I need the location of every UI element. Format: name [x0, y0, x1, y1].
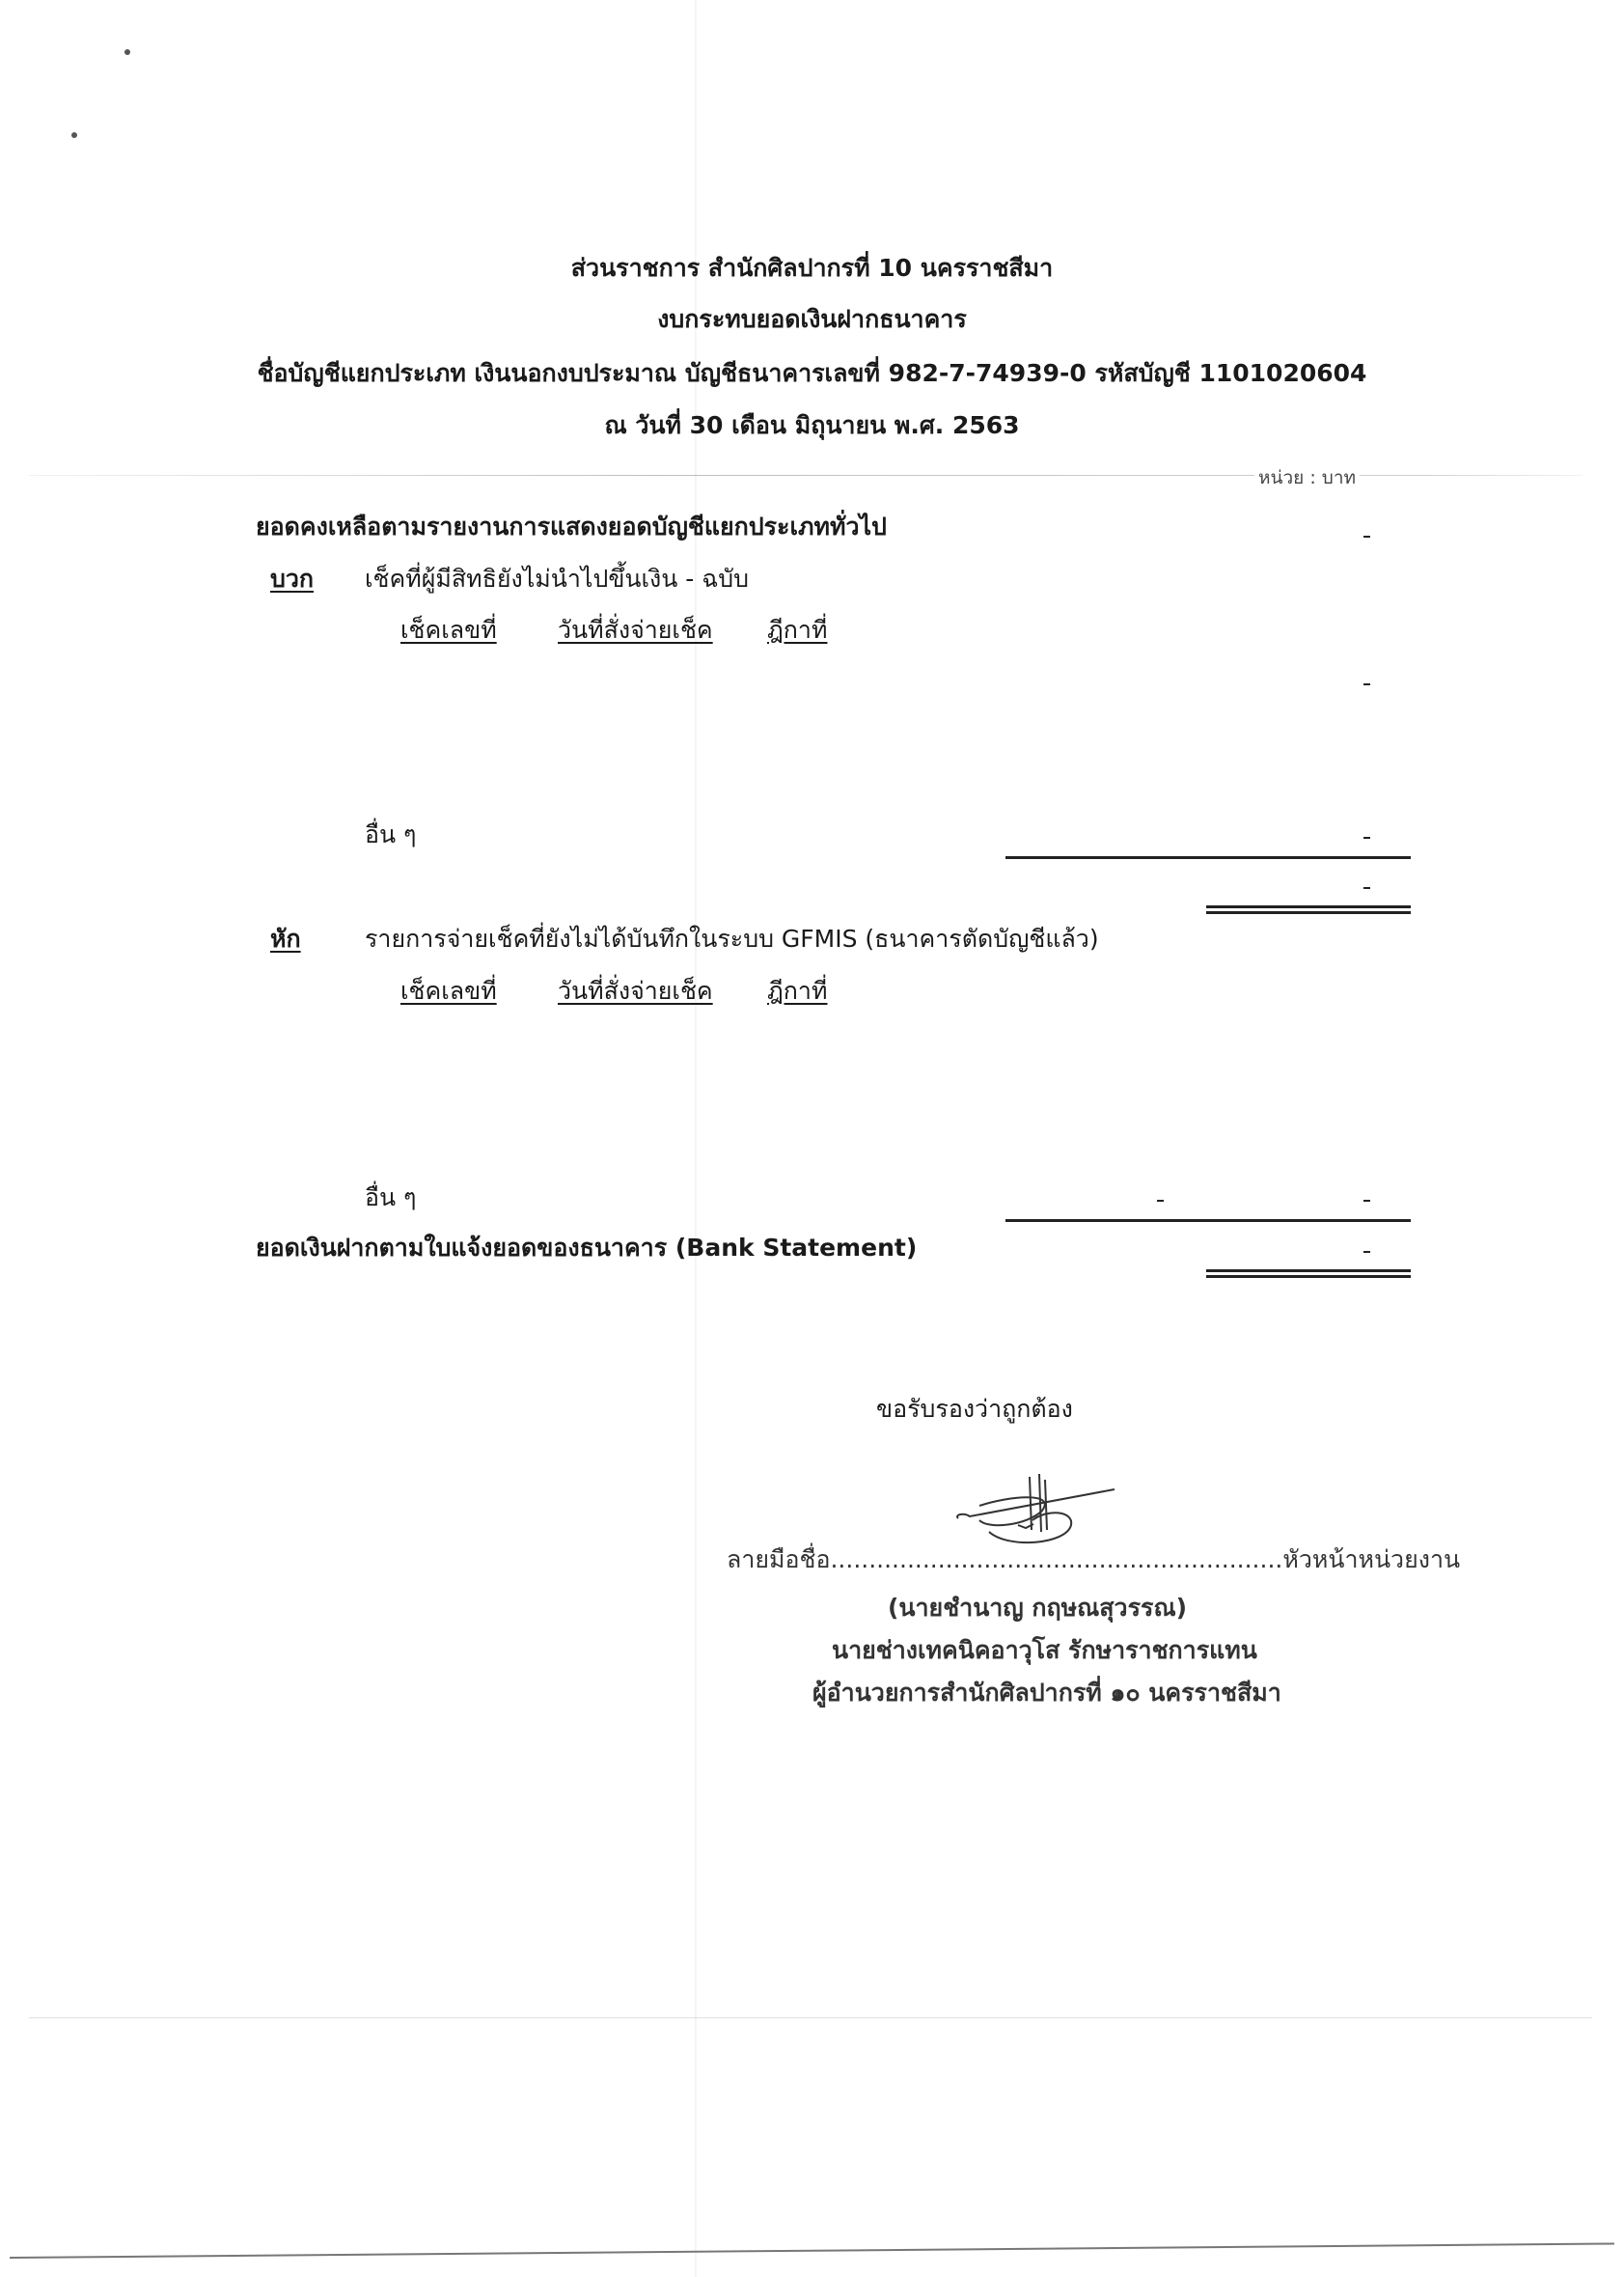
- add-double-rule: [1206, 905, 1411, 914]
- header-date: ณ วันที่ 30 เดือน มิถุนายน พ.ศ. 2563: [0, 413, 1624, 437]
- scan-speck: [71, 132, 77, 138]
- scan-artifact-line: [29, 2017, 1592, 2018]
- signature-label: ลายมือชื่อ: [727, 1545, 830, 1573]
- deduct-col-voucher-no: ฎีกาที่: [767, 979, 827, 1003]
- add-label: บวก: [270, 567, 314, 591]
- bank-statement-double-rule: [1206, 1269, 1411, 1278]
- add-col-check-no: เช็คเลขที่: [400, 618, 497, 642]
- bank-statement-amount: [1363, 1251, 1370, 1253]
- bank-statement-label: ยอดเงินฝากตามใบแจ้งยอดของธนาคาร (Bank St…: [256, 1236, 917, 1260]
- deduct-col-check-no: เช็คเลขที่: [400, 979, 497, 1003]
- add-other-label: อื่น ๆ: [365, 822, 416, 847]
- add-single-rule: [1005, 856, 1411, 859]
- add-total-amount: [1363, 887, 1370, 889]
- header-account: ชื่อบัญชีแยกประเภท เงินนอกงบประมาณ บัญชี…: [0, 361, 1624, 385]
- certification-statement: ขอรับรองว่าถูกต้อง: [876, 1397, 1073, 1421]
- signer-name: (นายชำนาญ กฤษณสุวรรณ): [888, 1596, 1187, 1620]
- deduct-other-inner-amount: [1157, 1200, 1164, 1202]
- signer-title: นายช่างเทคนิคอาวุโส รักษาราชการแทน: [832, 1638, 1257, 1662]
- scan-speck: [124, 49, 130, 55]
- page-fold-crease: [695, 0, 697, 2277]
- add-col-check-date: วันที่สั่งจ่ายเช็ค: [558, 618, 713, 642]
- header-agency: ส่วนราชการ สำนักศิลปากรที่ 10 นครราชสีมา: [0, 256, 1624, 280]
- signature-dots: ........................................…: [830, 1545, 1282, 1573]
- deduct-other-amount: [1363, 1200, 1370, 1202]
- signature-position: หัวหน้าหน่วยงาน: [1282, 1545, 1460, 1573]
- deduct-single-rule: [1005, 1219, 1411, 1222]
- deduct-col-check-date: วันที่สั่งจ่ายเช็ค: [558, 979, 713, 1003]
- deduct-other-label: อื่น ๆ: [365, 1185, 416, 1209]
- deduct-description: รายการจ่ายเช็คที่ยังไม่ได้บันทึกในระบบ G…: [365, 927, 1099, 951]
- signer-acting-title: ผู้อำนวยการสำนักศิลปากรที่ ๑๐ นครราชสีมา: [812, 1680, 1281, 1705]
- page-edge: [10, 2242, 1614, 2259]
- unit-label: หน่วย : บาท: [1254, 469, 1360, 487]
- ledger-balance-label: ยอดคงเหลือตามรายงานการแสดงยอดบัญชีแยกประ…: [256, 514, 887, 539]
- add-other-amount: [1363, 837, 1370, 839]
- add-description: เช็คที่ผู้มีสิทธิยังไม่นำไปขึ้นเงิน - ฉบ…: [365, 567, 749, 591]
- add-subtotal-amount: [1363, 683, 1370, 685]
- deduct-label: หัก: [270, 927, 301, 951]
- add-col-voucher-no: ฎีกาที่: [767, 618, 827, 642]
- signature-line: ลายมือชื่อ..............................…: [727, 1547, 1460, 1571]
- header-title: งบกระทบยอดเงินฝากธนาคาร: [0, 307, 1624, 331]
- ledger-balance-amount: [1363, 536, 1370, 538]
